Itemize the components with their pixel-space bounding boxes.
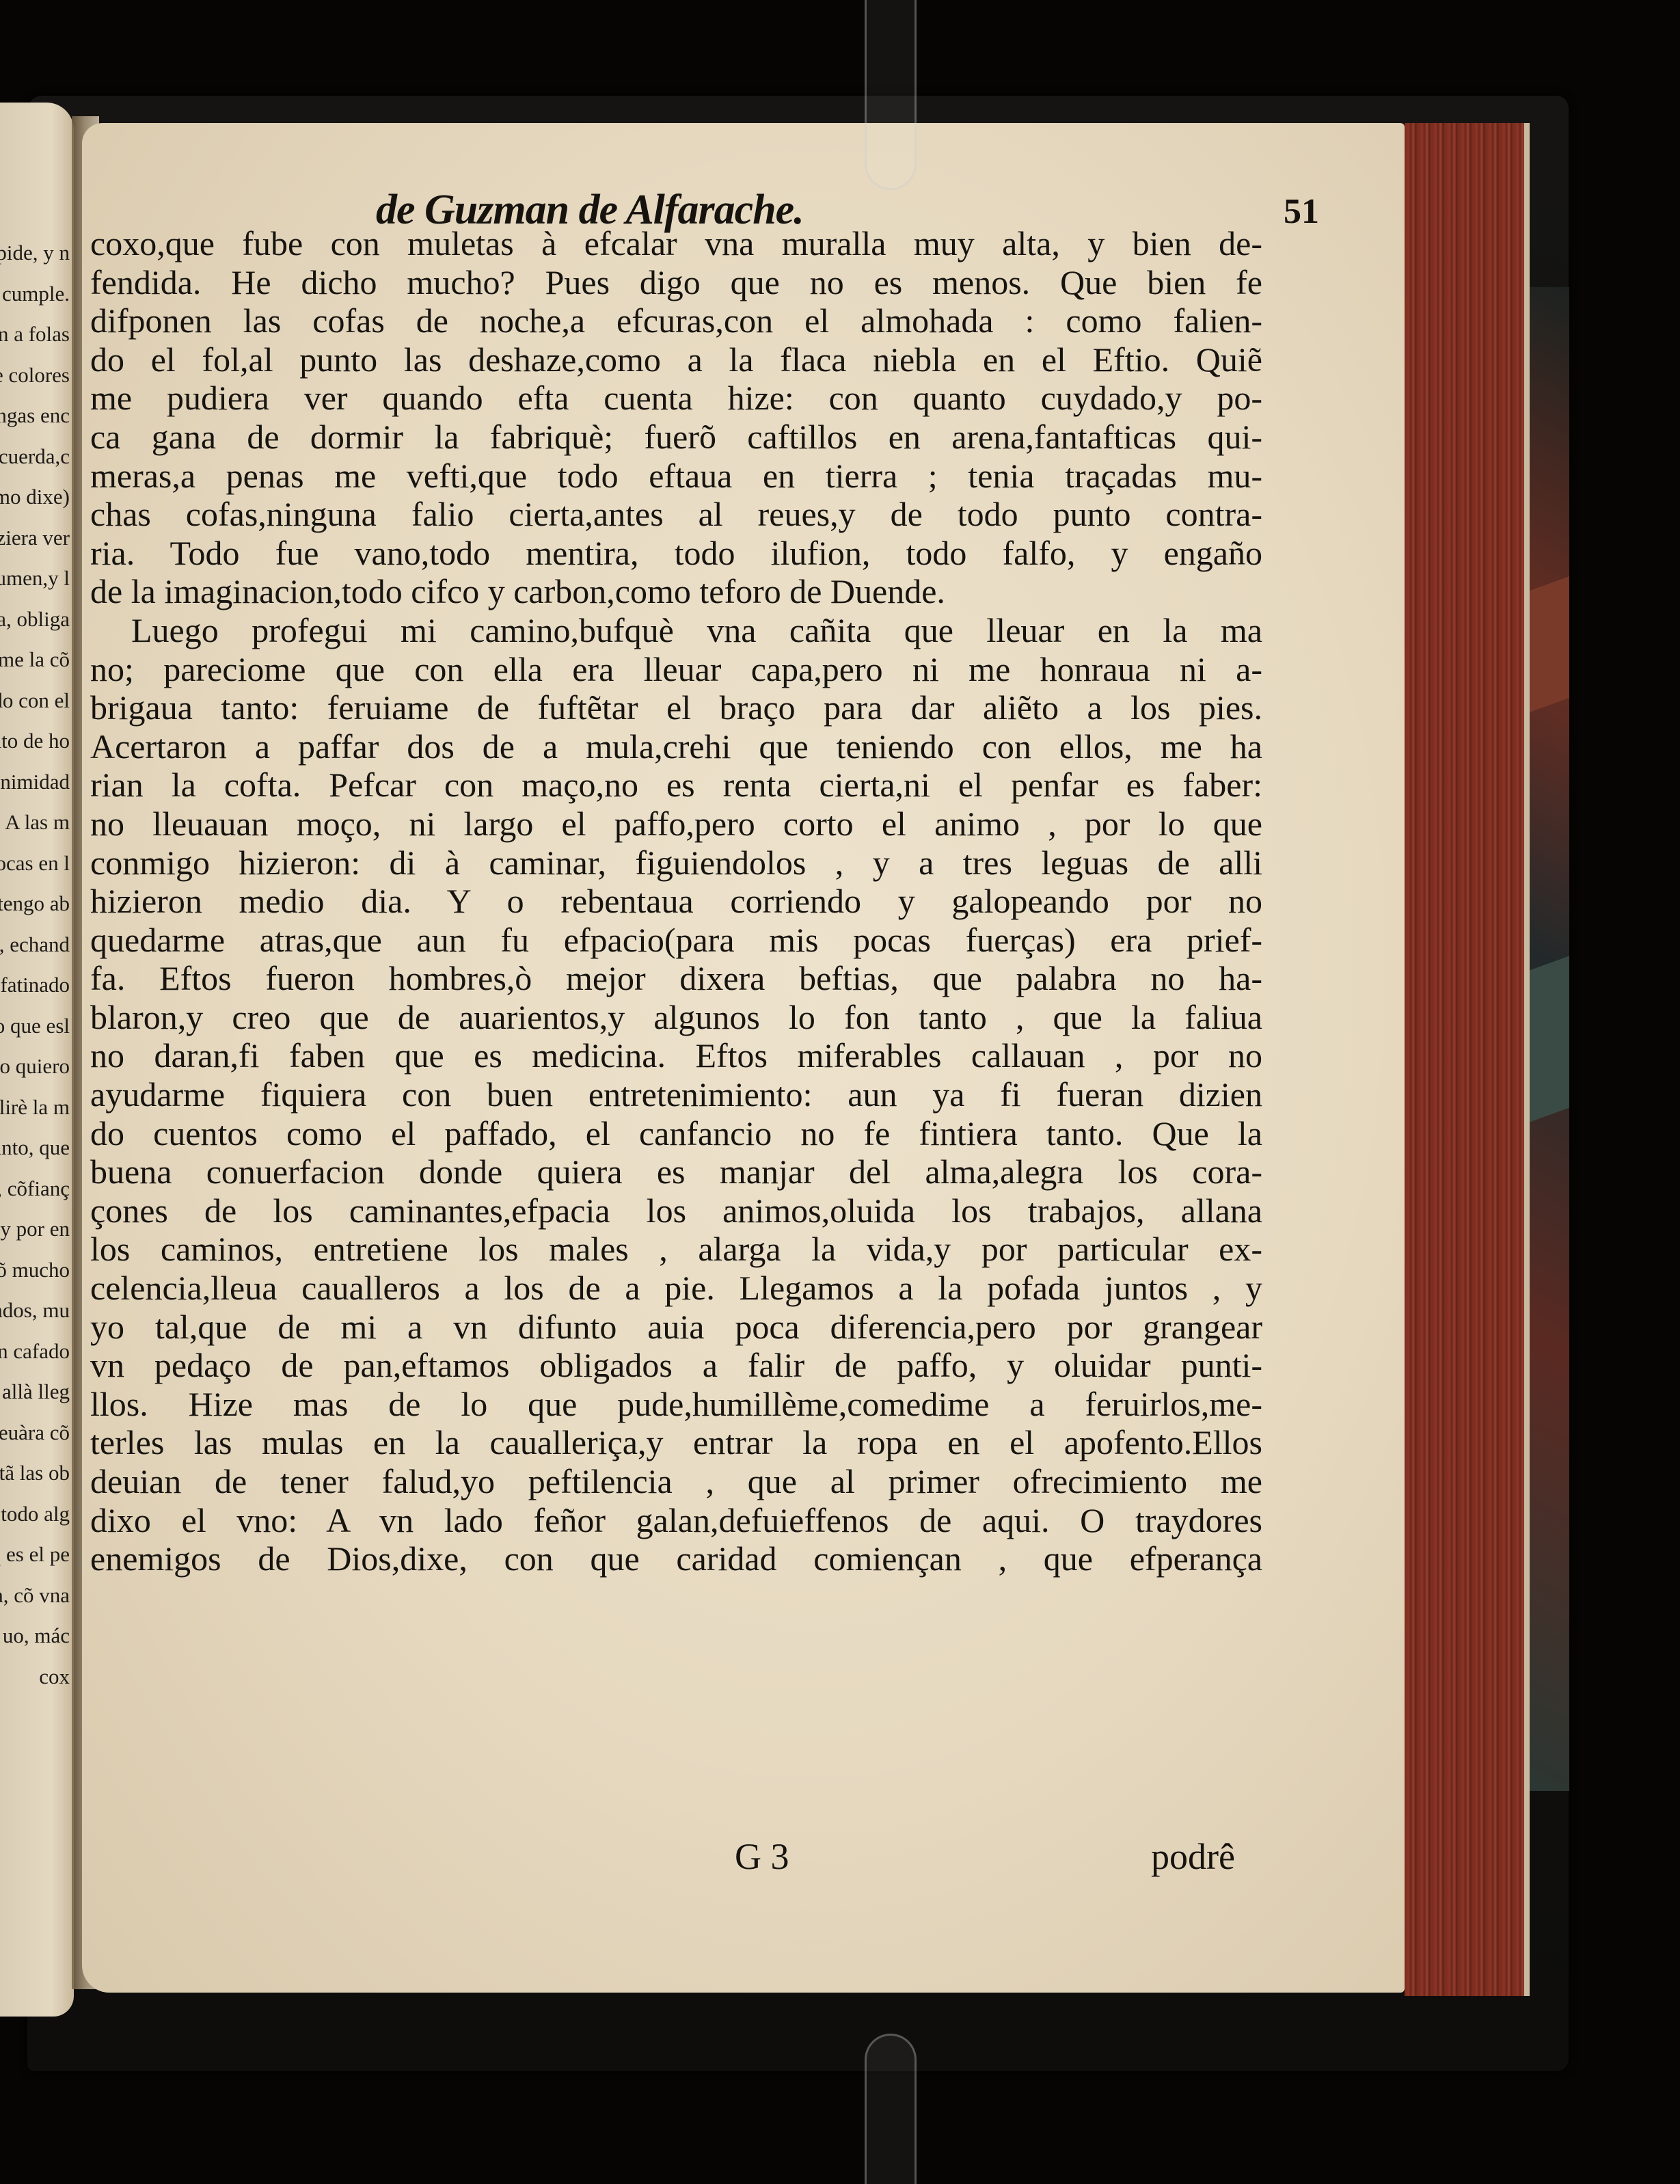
text-line: fa. Eftos fueron hombres,ò mejor dixera … (90, 959, 1262, 998)
text-line: vn pedaço de pan,eftamos obligados a fal… (90, 1346, 1262, 1385)
text-line: ria. Todo fue vano,todo mentira, todo il… (90, 534, 1262, 573)
text-line: brigaua tanto: feruiame de fuftẽtar el b… (90, 688, 1262, 727)
left-page-line: defatinado (0, 965, 70, 1006)
left-page-line: tengas enc (0, 395, 70, 436)
body-text: coxo,que fube con muletas à efcalar vna … (90, 224, 1262, 1578)
text-line: meras,a penas me vefti,que todo eftaua e… (90, 457, 1262, 496)
text-line: buena conuerfacion donde quiera es manja… (90, 1152, 1262, 1191)
left-page-line: mi, cõfianç (0, 1168, 70, 1209)
text-line: çones de los caminantes,efpacia los anim… (90, 1191, 1262, 1230)
text-line-paragraph-end: de la imaginacion,todo cifco y carbon,co… (90, 572, 1262, 611)
text-line: me pudiera ver quando efta cuenta hize: … (90, 379, 1262, 418)
left-page-line: ço, echand (0, 924, 70, 965)
left-page-line: punto de ho (0, 720, 70, 761)
left-page-line: hiziera ver (0, 517, 70, 558)
text-line: chas cofas,ninguna falio cierta,antes al… (90, 495, 1262, 534)
left-page-line: y allà lleg (0, 1371, 70, 1412)
page-footer: G 3 podrê (735, 1835, 1282, 1890)
catchword: podrê (1151, 1835, 1235, 1878)
left-page-line: filanimidad (0, 761, 70, 803)
left-page-line: leuàra cõ (0, 1412, 70, 1453)
left-page-line: lido con el (0, 680, 70, 721)
text-line: coxo,que fube con muletas à efcalar vna … (90, 224, 1262, 263)
text-line: difponen las cofas de noche,a efcuras,co… (90, 301, 1262, 340)
left-page-line: le cuerda,c (0, 436, 70, 477)
text-line: ayudarme fiquiera con buen entretenimien… (90, 1075, 1262, 1114)
left-page-line: No quiero (0, 1046, 70, 1087)
left-page-text: a pide, y n es cumple. (aun a folas que … (0, 232, 70, 1697)
left-page-line: plirè la m (0, 1087, 70, 1128)
left-page-line: ra. A las m (0, 802, 70, 843)
text-line: yo tal,que de mi a vn difunto auia poca … (90, 1308, 1262, 1347)
left-page-line: olumen,y l (0, 558, 70, 599)
left-page-line: (aun a folas (0, 314, 70, 355)
text-line: no; pareciome que con ella era lleuar ca… (90, 650, 1262, 689)
left-page-line: diftã las ob (0, 1453, 70, 1494)
text-line: blaron,y creo que de auarientos,y alguno… (90, 998, 1262, 1037)
text-line: do el fol,al punto las deshaze,como a la… (90, 340, 1262, 379)
left-page-line: fta, obliga (0, 599, 70, 640)
text-line: quedarme atras,que aun fu efpacio(para m… (90, 921, 1262, 960)
text-line: dixo el vno: A vn lado feñor galan,defui… (90, 1501, 1262, 1540)
left-page-line: uo, mác (0, 1615, 70, 1656)
left-page-line: como dixe) (0, 476, 70, 517)
glass-page-weight-top (865, 0, 917, 190)
text-line: do cuentos como el paffado, el canfancio… (90, 1114, 1262, 1153)
left-page-line: que colores (0, 355, 70, 396)
left-page-line: todo alg (0, 1494, 70, 1535)
left-page-line: e tengo ab (0, 883, 70, 924)
text-line: fendida. He dicho mucho? Pues digo que n… (90, 263, 1262, 302)
left-page-line: e, y por en (0, 1209, 70, 1250)
red-fore-edge (1405, 123, 1530, 1996)
left-page-line: a pide, y n (0, 232, 70, 273)
text-line-paragraph-start: Luego profegui mi camino,bufquè vna cañi… (90, 611, 1262, 650)
text-line: deuian de tener falud,yo peftilencia , q… (90, 1462, 1262, 1501)
page-number: 51 (1284, 191, 1319, 232)
text-line: no lleuauan moço, ni largo el paffo,pero… (90, 805, 1262, 844)
text-line: enemigos de Dios,dixe, con que caridad c… (90, 1539, 1262, 1578)
text-line: terles las mulas en la caualleriça,y ent… (90, 1423, 1262, 1462)
text-line: los caminos, entretiene los males , alar… (90, 1230, 1262, 1269)
left-page-line: n tocas en l (0, 843, 70, 884)
glass-page-weight-bottom (865, 2034, 917, 2184)
left-page-line: lo me la cõ (0, 639, 70, 680)
scan-background: a pide, y n es cumple. (aun a folas que … (0, 0, 1680, 2184)
left-page-line: q̃ es el pe (0, 1534, 70, 1575)
text-line: hizieron medio dia. Y o rebentaua corrie… (90, 882, 1262, 921)
right-page: de Guzman de Alfarache. 51 coxo,que fube… (82, 123, 1405, 1993)
marbled-endpaper (1530, 287, 1569, 1791)
left-page-fragment: a pide, y n es cumple. (aun a folas que … (0, 103, 74, 2017)
left-page-line: ña, cõ vna (0, 1575, 70, 1616)
left-page-line: cox (0, 1656, 70, 1697)
text-line: ca gana de dormir la fabriquè; fuerõ caf… (90, 418, 1262, 457)
text-line: rian la cofta. Pefcar con maço,no es ren… (90, 766, 1262, 805)
left-page-line: lados, mu (0, 1290, 70, 1331)
left-page-line: cõ mucho (0, 1250, 70, 1291)
text-line: conmigo hizieron: di à caminar, figuiend… (90, 844, 1262, 882)
text-line: Acertaron a paffar dos de a mula,crehi q… (90, 727, 1262, 766)
left-page-line: es cumple. (0, 273, 70, 314)
left-page-line: s lo que esl (0, 1006, 70, 1047)
text-line: celencia,lleua caualleros a los de a pie… (90, 1269, 1262, 1308)
signature-mark: G 3 (735, 1835, 789, 1878)
text-line: no daran,fi faben que es medicina. Eftos… (90, 1036, 1262, 1075)
left-page-line: ien cafado (0, 1331, 70, 1372)
left-page-line: punto, que (0, 1127, 70, 1168)
text-line: llos. Hize mas de lo que pude,humillème,… (90, 1385, 1262, 1424)
